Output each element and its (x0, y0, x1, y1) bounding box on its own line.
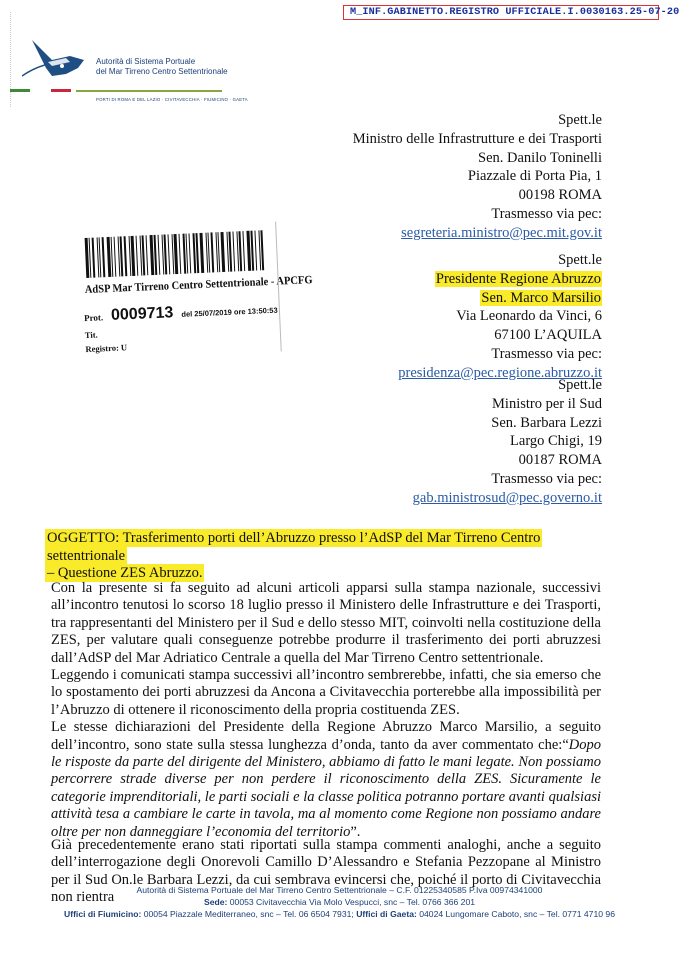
recipient-name: Sen. Danilo Toninelli (353, 149, 602, 168)
org-name-line1: Autorità di Sistema Portuale (96, 57, 228, 67)
subject-line1: OGGETTO: Trasferimento porti dell’Abruzz… (45, 529, 542, 565)
body-paragraph-2: Leggendo i comunicati stampa successivi … (51, 667, 601, 719)
recipient-title: Presidente Regione Abruzzo (435, 271, 602, 287)
protocol-registro: Registro: U (85, 342, 127, 354)
footer-fiumicino-text: 00054 Piazzale Mediterraneo, snc – Tel. … (141, 909, 356, 919)
org-name-line2: del Mar Tirreno Centro Settentrionale (96, 67, 228, 77)
protocol-tit: Tit. (85, 330, 98, 341)
letterhead-rule (76, 90, 222, 92)
recipient-city: 00198 ROMA (353, 186, 602, 205)
org-ports-line: PORTI DI ROMA E DEL LAZIO · CIVITAVECCHI… (96, 97, 248, 102)
margin-marks (10, 12, 13, 107)
port-authority-ship-icon (22, 38, 92, 80)
recipient-block-sud: Spett.le Ministro per il Sud Sen. Barbar… (413, 376, 602, 508)
registry-stamp: M_INF.GABINETTO.REGISTRO UFFICIALE.I.003… (343, 5, 659, 20)
subject-line: OGGETTO: Trasferimento porti dell’Abruzz… (45, 530, 615, 583)
footer-gaeta-label: Uffici di Gaeta: (356, 909, 417, 919)
footer-sede-text: 00053 Civitavecchia Via Molo Vespucci, s… (227, 897, 475, 907)
recipient-title: Ministro delle Infrastrutture e dei Tras… (353, 130, 602, 149)
recipient-block-mit: Spett.le Ministro delle Infrastrutture e… (353, 111, 602, 243)
recipient-salutation: Spett.le (413, 376, 602, 395)
recipient-pec-link[interactable]: gab.ministrosud@pec.governo.it (413, 489, 602, 508)
protocol-number-line: Prot. 0009713 del 25/07/2019 ore 13:50:5… (84, 300, 278, 326)
recipient-pec-link[interactable]: segreteria.ministro@pec.mit.gov.it (353, 224, 602, 243)
protocol-number: 0009713 (111, 304, 174, 324)
registry-stamp-text: M_INF.GABINETTO.REGISTRO UFFICIALE.I.003… (350, 7, 679, 18)
protocol-prot-label: Prot. (84, 312, 103, 323)
recipient-street: Largo Chigi, 19 (413, 432, 602, 451)
flag-bar-red (51, 89, 71, 92)
body-paragraph-1: Con la presente si fa seguito ad alcuni … (51, 580, 601, 667)
recipient-street: Piazzale di Porta Pia, 1 (353, 167, 602, 186)
body-paragraph-3: Le stesse dichiarazioni del Presidente d… (51, 719, 601, 841)
footer-sede-label: Sede: (204, 897, 227, 907)
recipient-pec-label: Trasmesso via pec: (413, 470, 602, 489)
recipient-city: 67100 L’AQUILA (398, 326, 602, 345)
protocol-datetime: del 25/07/2019 ore 13:50:53 (181, 306, 278, 319)
recipient-salutation: Spett.le (398, 251, 602, 270)
flag-bar-green (10, 89, 30, 92)
recipient-title: Ministro per il Sud (413, 395, 602, 414)
footer-gaeta-text: 04024 Lungomare Caboto, snc – Tel. 0771 … (417, 909, 615, 919)
letter-body: Con la presente si fa seguito ad alcuni … (51, 580, 601, 841)
recipient-city: 00187 ROMA (413, 451, 602, 470)
recipient-pec-label: Trasmesso via pec: (353, 205, 602, 224)
footer-fiumicino-label: Uffici di Fiumicino: (64, 909, 141, 919)
barcode (85, 230, 267, 278)
footer-sede: Sede: 00053 Civitavecchia Via Molo Vespu… (0, 897, 679, 907)
footer-line1: Autorità di Sistema Portuale del Mar Tir… (0, 885, 679, 895)
recipient-pec-label: Trasmesso via pec: (398, 345, 602, 364)
recipient-block-abruzzo: Spett.le Presidente Regione Abruzzo Sen.… (398, 251, 602, 383)
org-name: Autorità di Sistema Portuale del Mar Tir… (96, 57, 228, 77)
recipient-salutation: Spett.le (353, 111, 602, 130)
quote-intro: Le stesse dichiarazioni del Presidente d… (51, 719, 601, 752)
recipient-name: Sen. Barbara Lezzi (413, 414, 602, 433)
footer-offices: Uffici di Fiumicino: 00054 Piazzale Medi… (0, 909, 679, 919)
protocol-label: AdSP Mar Tirreno Centro Settentrionale -… (77, 222, 277, 360)
recipient-street: Via Leonardo da Vinci, 6 (398, 307, 602, 326)
recipient-name: Sen. Marco Marsilio (480, 290, 602, 306)
